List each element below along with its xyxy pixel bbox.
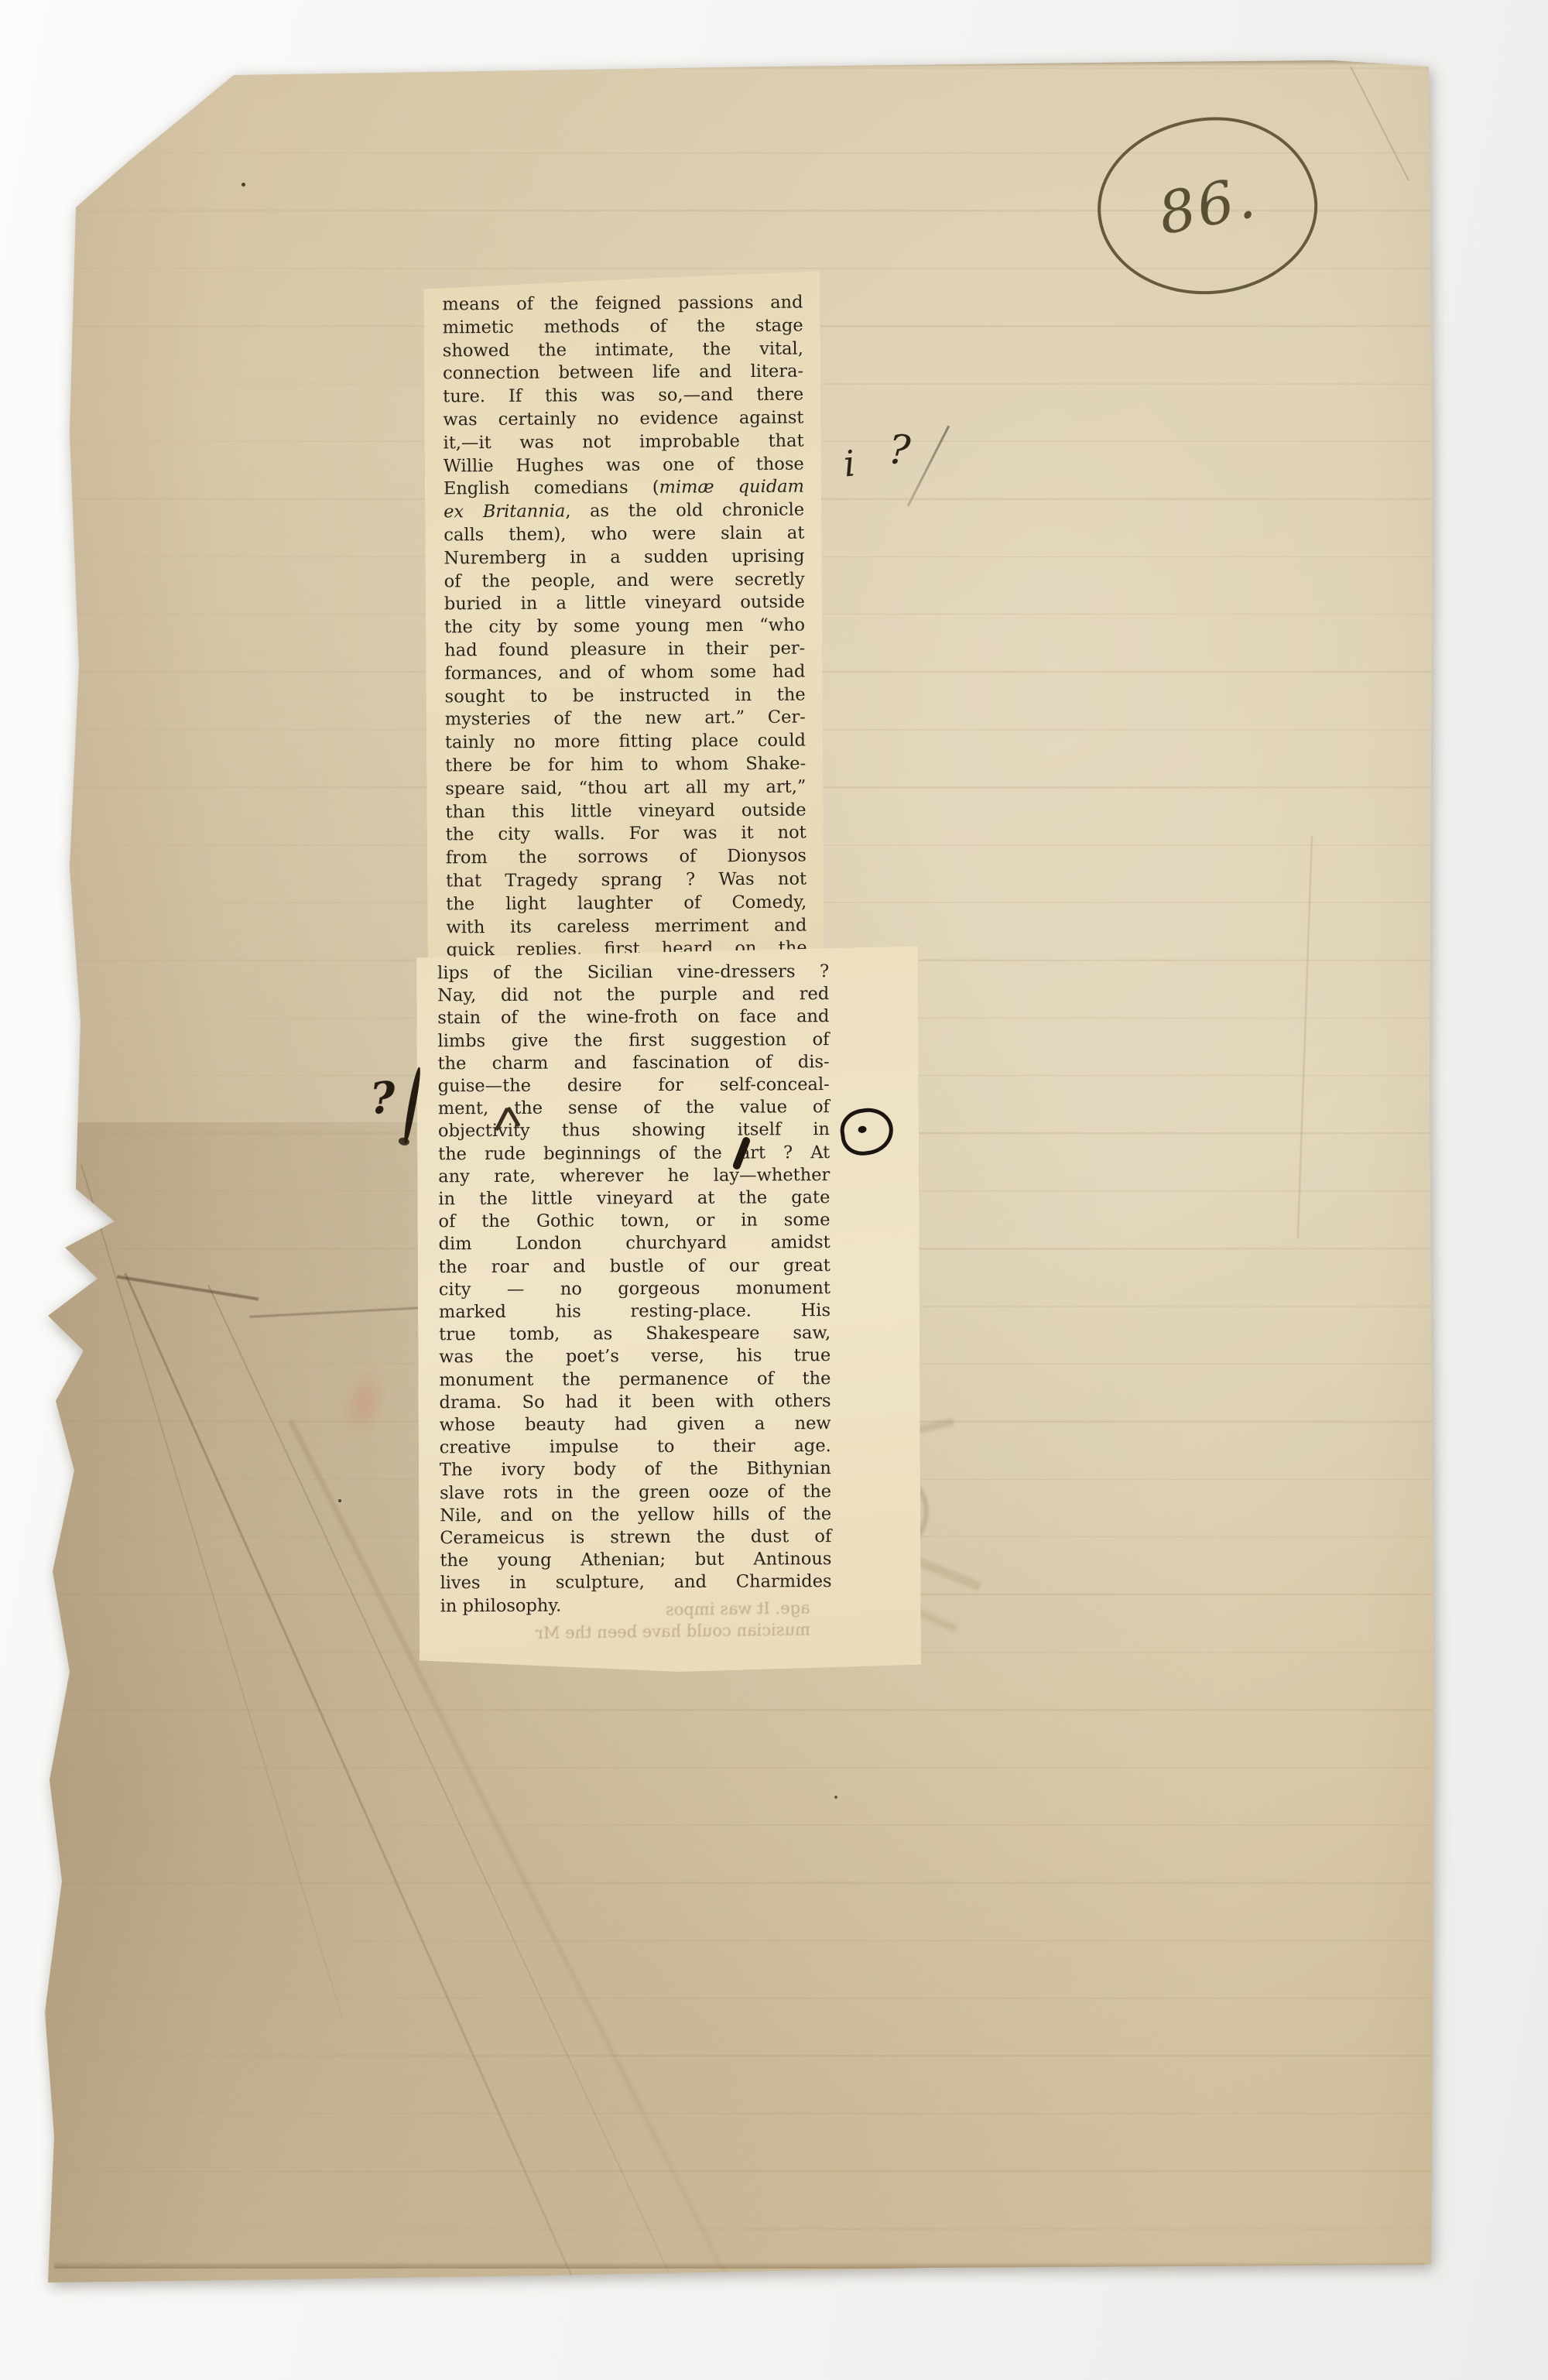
- printed-text-column-1: means of the feigned passions andmimetic…: [442, 292, 807, 963]
- folio-number: 86.: [1153, 164, 1262, 248]
- paper-speck: [338, 1499, 341, 1502]
- printed-text-column-2: lips of the Sicilian vine-dressers ?Nay,…: [437, 961, 832, 1618]
- bleedthrough-text: age. It was imposmusician could have bee…: [492, 1597, 810, 1644]
- paper-speck: [834, 1796, 837, 1799]
- paper-speck: [241, 183, 245, 187]
- query-mark-question: ?: [887, 426, 912, 474]
- scanned-manuscript-page: { "scan": { "folio_number": "86.", "anno…: [0, 0, 1548, 2380]
- pasted-clipping-1: means of the feigned passions andmimetic…: [423, 271, 824, 967]
- pasted-clipping-2: lips of the Sicilian vine-dressers ?Nay,…: [416, 947, 921, 1673]
- bottom-edge-shadow: [54, 2262, 1424, 2269]
- margin-query-mark: ?: [368, 1072, 396, 1125]
